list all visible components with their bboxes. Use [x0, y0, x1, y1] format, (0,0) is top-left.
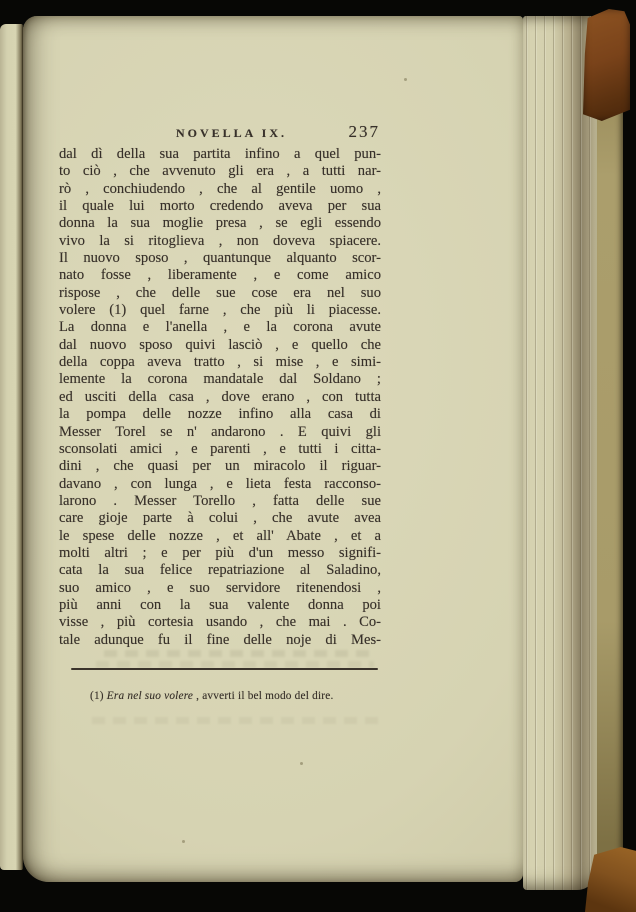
- text-line: donna la sua moglie presa , se egli esse…: [59, 215, 381, 232]
- page-number: 237: [349, 122, 381, 142]
- show-through-text: [96, 661, 374, 668]
- paper-speck: [182, 840, 185, 843]
- text-line: davano , con lunga , e lieta festa racco…: [59, 476, 381, 493]
- running-title: NOVELLA IX.: [83, 126, 380, 141]
- text-line: Messer Torel se n' andarono . E quivi gl…: [59, 424, 381, 441]
- text-line: volere (1) quel farne , che più li piace…: [59, 302, 381, 319]
- text-line: la pompa delle nozze infino alla casa di: [59, 406, 381, 423]
- cover-board-edge: [597, 22, 623, 878]
- text-line: Il nuovo sposo , quantunque alquanto sco…: [59, 250, 381, 267]
- text-line: della coppa aveva tratto , si mise , e s…: [59, 354, 381, 371]
- footnote-roman-text: , avverti il bel modo del dire.: [193, 690, 333, 702]
- text-line: nato fosse , liberamente , e come amico: [59, 267, 381, 284]
- text-line: il quale lui morto credendo aveva per su…: [59, 198, 381, 215]
- text-line: molti altri ; e per più d'un messo signi…: [59, 545, 381, 562]
- body-text: dal dì della sua partita infino a quel p…: [59, 146, 381, 649]
- footnote-marker: (1): [90, 690, 104, 702]
- text-line: lemente la corona mandatale dal Soldano …: [59, 371, 381, 388]
- show-through-text: [92, 717, 384, 724]
- text-line: ed usciti della casa , dove erano , con …: [59, 389, 381, 406]
- text-line: più anni con la sua valente donna poi: [59, 597, 381, 614]
- book-scan-photo: { "page": { "header": { "title": "NOVELL…: [0, 0, 636, 912]
- text-line: care gioje parte à colui , che avute ave…: [59, 510, 381, 527]
- text-line: visse , più cortesia usando , che mai . …: [59, 614, 381, 631]
- paper-speck: [404, 78, 407, 81]
- text-line: sconsolati amici , e parenti , e tutti i…: [59, 441, 381, 458]
- text-line: tale adunque fu il fine delle noje di Me…: [59, 632, 381, 649]
- show-through-text: [104, 650, 370, 657]
- text-line: dal dì della sua partita infino a quel p…: [59, 146, 381, 163]
- text-line: dal nuovo sposo quivi lasciò , e quello …: [59, 337, 381, 354]
- fore-edge-pages: [523, 16, 597, 890]
- text-line: to ciò , che avvenuto gli era , a tutti …: [59, 163, 381, 180]
- text-line: larono . Messer Torello , fatta delle su…: [59, 493, 381, 510]
- page-header: NOVELLA IX. 237: [83, 126, 380, 146]
- facing-page-edge: [0, 24, 23, 870]
- footnote-italic-text: Era nel suo volere: [104, 690, 193, 702]
- footnote: (1) Era nel suo volere , avverti il bel …: [60, 690, 390, 702]
- paper-speck: [300, 762, 303, 765]
- text-line: La donna e l'anella , e la corona avute: [59, 319, 381, 336]
- footnote-rule: [71, 668, 378, 670]
- text-line: vivo la si ritoglieva , non doveva spiac…: [59, 233, 381, 250]
- leather-cover-corner-top: [583, 9, 630, 121]
- text-line: suo amico , e suo servidore ritenendosi …: [59, 580, 381, 597]
- text-line: rispose , che delle sue cose era nel suo: [59, 285, 381, 302]
- text-line: rò , conchiudendo , che al gentile uomo …: [59, 181, 381, 198]
- text-line: le spese delle nozze , et all' Abate , e…: [59, 528, 381, 545]
- text-line: cata la sua felice repatriazione al Sala…: [59, 562, 381, 579]
- text-line: dini , che quasi per un miracolo il rigu…: [59, 458, 381, 475]
